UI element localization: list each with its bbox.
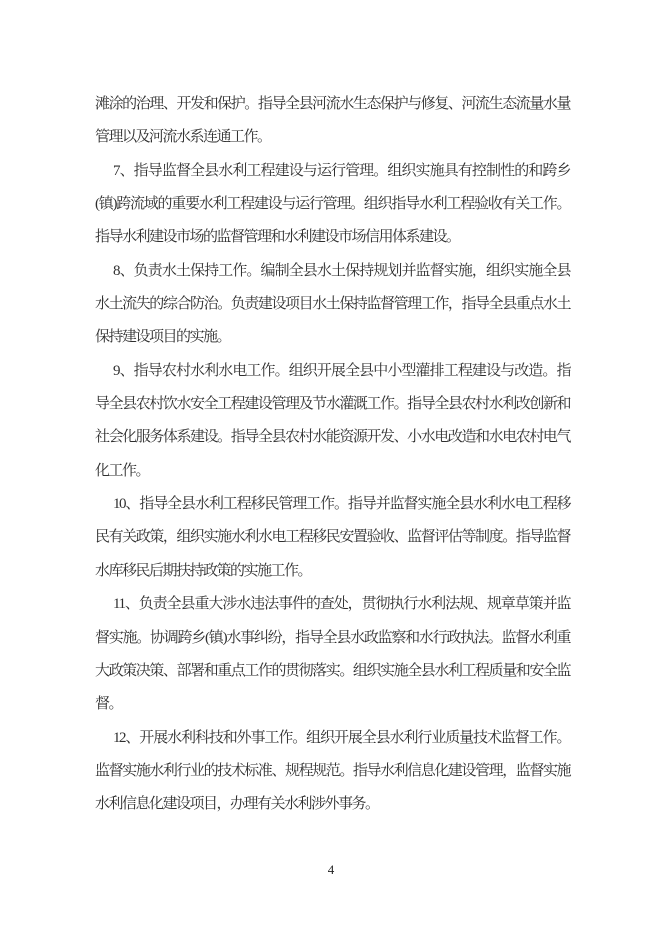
- text-line: 监督实施水利行业的技术标准、规程规范。指导水利信息化建设管理，监督实施: [95, 755, 570, 788]
- text-line: 民有关政策，组织实施水利水电工程移民安置验收、监督评估等制度。指导监督: [95, 521, 570, 554]
- item-8: 8、负责水土保持工作。编制全县水土保持规划并监督实施，组织实施全县水土流失的综合…: [95, 255, 570, 355]
- paragraph-continued: 滩涂的治理、开发和保护。指导全县河流水生态保护与修复、河流生态流量水量管理以及河…: [95, 88, 570, 155]
- text-line: 11、负责全县重大涉水违法事件的查处，贯彻执行水利法规、规章草策并监: [95, 588, 570, 621]
- text-line: 8、负责水土保持工作。编制全县水土保持规划并监督实施，组织实施全县: [95, 255, 570, 288]
- text-line: 督实施。协调跨乡(镇)水事纠纷，指导全县水政监察和水行政执法。监督水利重: [95, 622, 570, 655]
- text-line: 社会化服务体系建设。指导全县农村水能资源开发、小水电改造和水电农村电气: [95, 421, 570, 454]
- document-page: 滩涂的治理、开发和保护。指导全县河流水生态保护与修复、河流生态流量水量管理以及河…: [0, 0, 662, 936]
- text-line: 导全县农村饮水安全工程建设管理及节水灌溉工作。指导全县农村水利改创新和: [95, 388, 570, 421]
- text-line: (镇)跨流域的重要水利工程建设与运行管理。组织指导水利工程验收有关工作。: [95, 188, 570, 221]
- text-line: 12、开展水利科技和外事工作。组织开展全县水利行业质量技术监督工作。: [95, 722, 570, 755]
- item-11: 11、负责全县重大涉水违法事件的查处，贯彻执行水利法规、规章草策并监督实施。协调…: [95, 588, 570, 721]
- item-7: 7、指导监督全县水利工程建设与运行管理。组织实施具有控制性的和跨乡(镇)跨流域的…: [95, 155, 570, 255]
- text-line: 9、指导农村水利水电工作。组织开展全县中小型灌排工程建设与改造。指: [95, 355, 570, 388]
- item-9: 9、指导农村水利水电工作。组织开展全县中小型灌排工程建设与改造。指导全县农村饮水…: [95, 355, 570, 488]
- text-line: 水土流失的综合防治。负责建设项目水土保持监督管理工作，指导全县重点水土: [95, 288, 570, 321]
- text-line: 化工作。: [95, 455, 570, 488]
- text-line: 滩涂的治理、开发和保护。指导全县河流水生态保护与修复、河流生态流量水量: [95, 88, 570, 121]
- text-line: 大政策决策、部署和重点工作的贯彻落实。组织实施全县水利工程质量和安全监: [95, 655, 570, 688]
- document-body: 滩涂的治理、开发和保护。指导全县河流水生态保护与修复、河流生态流量水量管理以及河…: [95, 88, 570, 822]
- text-line: 管理以及河流水系连通工作。: [95, 121, 570, 154]
- text-line: 水利信息化建设项目，办理有关水利涉外事务。: [95, 788, 570, 821]
- item-12: 12、开展水利科技和外事工作。组织开展全县水利行业质量技术监督工作。监督实施水利…: [95, 722, 570, 822]
- text-line: 水库移民后期扶持政策的实施工作。: [95, 555, 570, 588]
- text-line: 督。: [95, 688, 570, 721]
- item-10: 10、指导全县水利工程移民管理工作。指导并监督实施全县水利水电工程移民有关政策，…: [95, 488, 570, 588]
- page-footer: 4: [0, 861, 662, 879]
- text-line: 指导水利建设市场的监督管理和水利建设市场信用体系建设。: [95, 221, 570, 254]
- text-line: 7、指导监督全县水利工程建设与运行管理。组织实施具有控制性的和跨乡: [95, 155, 570, 188]
- text-line: 10、指导全县水利工程移民管理工作。指导并监督实施全县水利水电工程移: [95, 488, 570, 521]
- text-line: 保持建设项目的实施。: [95, 321, 570, 354]
- page-number: 4: [328, 862, 335, 877]
